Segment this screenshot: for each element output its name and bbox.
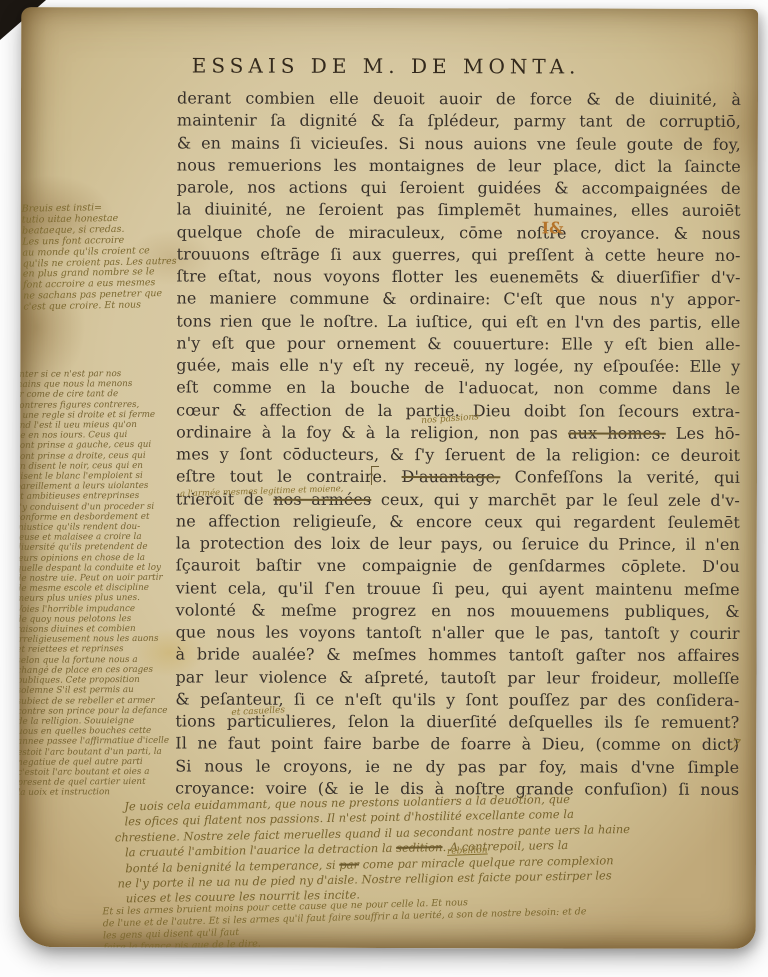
text-segment: volonté & meſme progrez en nos mouuemens…: [176, 600, 740, 620]
text-segment: à bride aualée? & meſmes hommes tantoſt …: [176, 645, 740, 665]
text-segment: ordinaire à la foy & à la religion, non …: [176, 422, 568, 442]
text-segment: negatiue de quel autre parti: [19, 757, 143, 768]
text-segment: guée, mais elle n'y eſt ny receuë, ny lo…: [176, 355, 740, 375]
text-line: ſçauroit baſtir vne compaignie de genſda…: [176, 555, 740, 579]
text-line: maintenir ſa dignité & ſa ſplédeur, parm…: [177, 110, 741, 134]
insertion-bracket-mark: [371, 466, 379, 485]
text-line: tons rien que le noſtre. La iuſtice, qui…: [176, 310, 740, 334]
text-line: ne affection religieuſe, & encore ceux q…: [176, 510, 740, 534]
text-segment: enter si ce n'est par nos: [19, 369, 122, 380]
text-segment: contreres figures contreres,: [19, 400, 140, 411]
ink-insertion-mark: I&: [542, 218, 564, 237]
struck-text: D'auantage,: [402, 467, 501, 486]
text-segment: eſtre tout le contraire.: [176, 467, 402, 487]
text-segment: mains que nous la menons: [19, 379, 133, 390]
text-segment: ne maniere commune & ordinaire: C'eſt qu…: [176, 289, 740, 309]
text-line: derant combien elle deuoit auoir de forc…: [177, 87, 741, 111]
text-line: c'est que croire. Et nous: [23, 300, 175, 314]
text-segment: Confeſſons la verité, qui: [500, 468, 740, 488]
text-segment: & en mains ſi vicieuſes. Si nous auions …: [177, 133, 741, 153]
text-segment: Il ne faut point faire barbe de foarre à…: [175, 734, 739, 754]
text-segment: Les hō-: [666, 423, 740, 442]
text-segment: derant combien elle deuoit auoir de forc…: [177, 88, 741, 108]
text-line: par leur violence & aſpreté, tautoſt par…: [175, 666, 739, 690]
bottom-handwritten-addition: Je uois cela euidammant, que nous ne pre…: [124, 789, 754, 907]
text-line: volonté & meſme progrez en nos mouuemens…: [176, 599, 740, 623]
text-segment: ſçauroit baſtir vne compaignie de genſda…: [176, 556, 740, 576]
text-segment: et reiettees et reprinses: [19, 645, 124, 656]
text-line: que nous les voyons tantoſt n'aller que …: [176, 621, 740, 645]
text-line: parole, nos actions qui ſeroient guidées…: [177, 176, 741, 200]
text-segment: raisons diuines et combien: [19, 624, 136, 635]
text-segment: quelque choſe de miraculeux, cōme noſtre…: [177, 222, 741, 242]
text-segment: c'est que croire. Et nous: [23, 300, 141, 313]
text-segment: tons rien que le noſtre. La iuſtice, qui…: [176, 311, 740, 331]
text-segment: ſtre eſtat, nous voyons flotter les euen…: [177, 266, 741, 286]
struck-text: aux homes.: [568, 423, 666, 442]
text-segment: irreligieusement nous les auons: [19, 634, 159, 645]
text-segment: n'y eſt que pour ornement & couuerture: …: [176, 333, 740, 353]
text-segment: la diuinité, ne ſeroient pas ſimplemēt h…: [177, 200, 741, 220]
text-segment: solemne S'il est permis au: [19, 685, 134, 696]
text-line: la uoix et instruction: [19, 787, 188, 799]
text-line: nous remuerions les montaignes de leur p…: [177, 154, 741, 178]
printed-text-block: derant combien elle deuoit auoir de forc…: [175, 87, 741, 800]
text-segment: de quoy nous pelotons les: [19, 614, 131, 625]
book-page: ESSAIS DE M. DE MONTA. derant combien el…: [19, 7, 758, 949]
text-segment: eſt comme en la bouche de l'aduocat, non…: [176, 378, 740, 398]
text-segment: and l'est il ueu mieus qu'on: [19, 420, 137, 431]
interlinear-correction-rebellion: rebellion: [447, 846, 488, 857]
struck-text: sedition: [396, 840, 443, 855]
text-segment: Si nous le croyons, ie ne dy pas par foy…: [175, 756, 739, 776]
renvoi-mark: 7: [730, 736, 741, 753]
text-segment: ceux, qui y marchēt par le ſeul zele d'v…: [371, 489, 740, 509]
text-line: & en mains ſi vicieuſes. Si nous auions …: [177, 132, 741, 156]
text-line: Il ne faut point faire barbe de foarre à…: [175, 733, 739, 757]
text-segment: ne en nos iours. Ceus qui: [19, 430, 128, 441]
text-segment: maintenir ſa dignité & ſa ſplédeur, parm…: [177, 111, 741, 131]
margin-handwritten-note-top: Breuis est insti=tutio uitae honestaebea…: [22, 202, 176, 314]
margin-handwritten-note-long: enter si ce n'est par nosmains que nous …: [19, 369, 188, 799]
text-line: trouuons eſtrāge ſi aux guerres, qui pre…: [177, 243, 741, 267]
text-line: la protection des loix de leur pays, ou …: [176, 532, 740, 556]
text-line: vient cela, qu'il ſ'en trouue ſi peu, qu…: [176, 577, 740, 601]
text-line: mes y ſont cōducteurs, & ſ'y ſeruent de …: [176, 443, 740, 467]
text-segment: de la relligion. Souuieigne: [19, 716, 134, 727]
scanned-page-photo: ESSAIS DE M. DE MONTA. derant combien el…: [0, 0, 768, 977]
text-segment: par leur violence & aſpreté, tautoſt par…: [175, 667, 739, 687]
text-line: ne maniere commune & ordinaire: C'eſt qu…: [176, 288, 740, 312]
text-segment: meurs plus unies plus unes.: [19, 593, 140, 604]
text-segment: er come de cire tant de: [19, 390, 118, 401]
text-segment: ne affection religieuſe, & encore ceux q…: [176, 511, 740, 531]
text-segment: vient cela, qu'il ſ'en trouue ſi peu, qu…: [176, 578, 740, 598]
text-line: de nostre uie. Peut on uoir partir: [19, 573, 186, 585]
text-segment: contre son prince pour la defance: [19, 705, 168, 716]
text-line: n'y eſt que pour ornement & couuerture: …: [176, 332, 740, 356]
text-segment: mes y ſont cōducteurs, & ſ'y ſeruent de …: [176, 444, 740, 464]
text-segment: la protection des loix de leur pays, ou …: [176, 533, 740, 553]
text-segment: la uoix et instruction: [19, 788, 110, 799]
text-segment: publiques. Cete proposition: [19, 675, 140, 686]
text-line: annee passee l'affirmatiue d'icelle: [19, 736, 187, 748]
text-line: Si nous le croyons, ie ne dy pas par foy…: [175, 755, 739, 779]
text-line: contre son prince pour la defance: [19, 705, 187, 717]
text-segment: selon que la fortune nous a: [19, 655, 138, 666]
text-line: ſtre eſtat, nous voyons flotter les euen…: [176, 265, 740, 289]
text-segment: Voies l'horrible impudance: [19, 604, 135, 615]
text-line: ordinaire à la foy & à la religion, non …: [176, 421, 740, 445]
text-segment: bonté la benignité la temperance, si: [125, 857, 339, 875]
text-segment: present de quel cartier uient: [19, 777, 146, 788]
text-segment: nous remuerions les montaignes de leur p…: [177, 155, 741, 175]
text-line: quelque choſe de miraculeux, cōme noſtre…: [177, 221, 741, 245]
text-line: la diuinité, ne ſeroient pas ſimplemēt h…: [177, 199, 741, 223]
struck-text: par: [339, 857, 359, 871]
text-segment: et ambitieuses entreprinses: [19, 491, 139, 502]
text-segment: parole, nos actions qui ſeroient guidées…: [177, 177, 741, 197]
text-line: à bride aualée? & meſmes hommes tantoſt …: [176, 644, 740, 668]
text-line: eſt comme en la bouche de l'aduocat, non…: [176, 377, 740, 401]
text-segment: trouuons eſtrāge ſi aux guerres, qui pre…: [177, 244, 741, 264]
text-segment: que nous les voyons tantoſt n'aller que …: [176, 622, 740, 642]
running-header: ESSAIS DE M. DE MONTA.: [171, 53, 601, 78]
text-segment: iniustice qu'ils rendent dou-: [19, 522, 140, 533]
text-line: guée, mais elle n'y eſt ny receuë, ny lo…: [176, 354, 740, 378]
